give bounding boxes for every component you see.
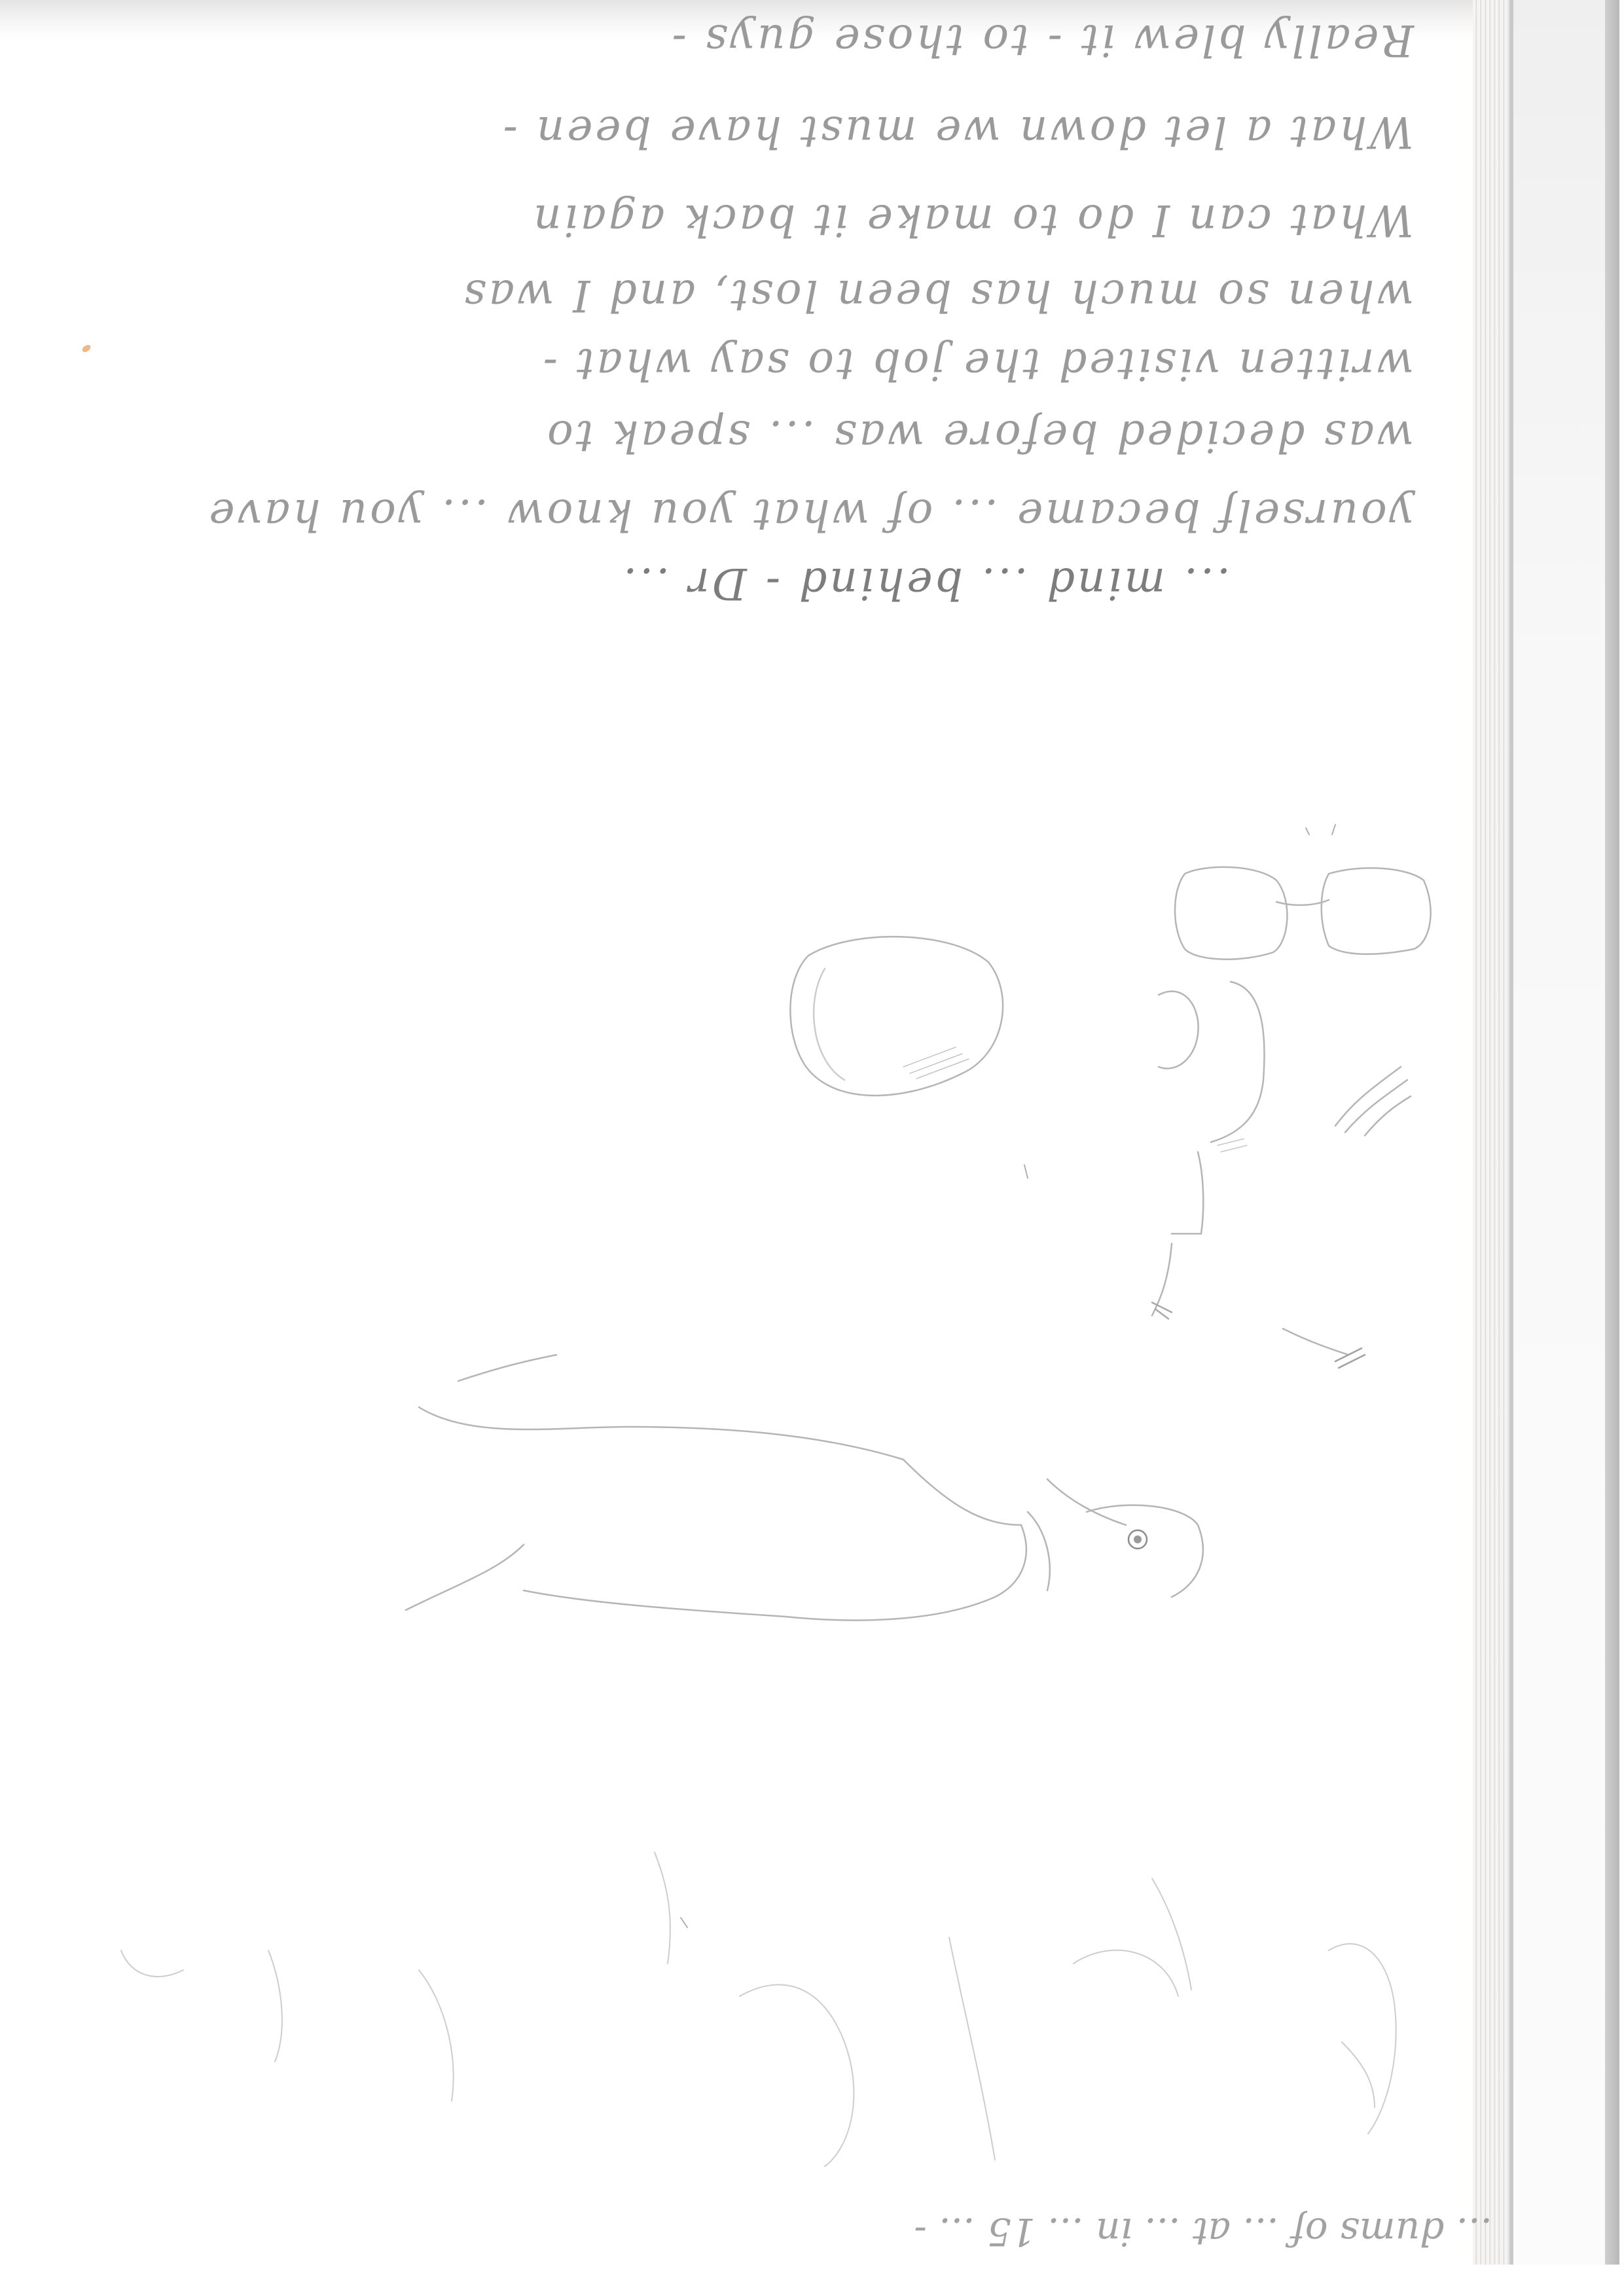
spectacles-sketch: [1175, 867, 1431, 960]
oval-stone-sketch: [790, 937, 1003, 1096]
fish-sketch: [406, 1329, 1365, 1621]
pipe-sketch: [1335, 1067, 1411, 1136]
figure-sketch: [1152, 982, 1265, 1319]
heads-row-sketch: [121, 1852, 1396, 2166]
stray-marks: [681, 825, 1335, 1928]
pencil-sketches: [0, 0, 1624, 2296]
